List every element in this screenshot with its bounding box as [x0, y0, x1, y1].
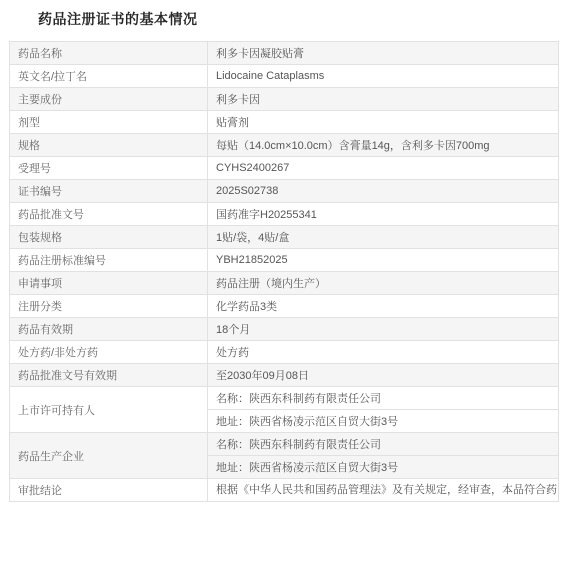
row-registration-standard-number: 药品注册标准编号 YBH21852025: [10, 249, 559, 272]
drug-registration-page: 药品注册证书的基本情况 药品名称 利多卡因凝胶贴膏 英文名/拉丁名 Lidoca…: [0, 0, 570, 563]
row-application-item: 申请事项 药品注册（境内生产）: [10, 272, 559, 295]
row-label: 剂型: [10, 111, 208, 134]
row-value: 利多卡因凝胶贴膏: [208, 42, 559, 65]
row-label: 药品生产企业: [10, 433, 208, 479]
row-drug-name: 药品名称 利多卡因凝胶贴膏: [10, 42, 559, 65]
row-value-name: 名称：陕西东科制药有限责任公司: [208, 387, 559, 410]
row-marketing-authorization-holder: 上市许可持有人 名称：陕西东科制药有限责任公司: [10, 387, 559, 410]
row-prescription-type: 处方药/非处方药 处方药: [10, 341, 559, 364]
row-approval-number: 药品批准文号 国药准字H20255341: [10, 203, 559, 226]
row-acceptance-number: 受理号 CYHS2400267: [10, 157, 559, 180]
page-title: 药品注册证书的基本情况: [0, 0, 570, 29]
row-label: 包装规格: [10, 226, 208, 249]
row-label: 药品注册标准编号: [10, 249, 208, 272]
row-specification: 规格 每贴（14.0cm×10.0cm）含膏量14g，含利多卡因700mg: [10, 134, 559, 157]
row-main-ingredient: 主要成份 利多卡因: [10, 88, 559, 111]
row-label: 药品名称: [10, 42, 208, 65]
row-value-address: 地址：陕西省杨凌示范区自贸大街3号: [208, 410, 559, 433]
row-approval-conclusion: 审批结论 根据《中华人民共和国药品管理法》及有关规定，经审查，本品符合药品注册的…: [10, 479, 559, 502]
row-label: 英文名/拉丁名: [10, 65, 208, 88]
row-value: 处方药: [208, 341, 559, 364]
row-manufacturer: 药品生产企业 名称：陕西东科制药有限责任公司: [10, 433, 559, 456]
row-value-address: 地址：陕西省杨凌示范区自贸大街3号: [208, 456, 559, 479]
row-value: 国药准字H20255341: [208, 203, 559, 226]
row-value: 根据《中华人民共和国药品管理法》及有关规定，经审查，本品符合药品注册的有关要求，…: [208, 479, 559, 502]
row-value-name: 名称：陕西东科制药有限责任公司: [208, 433, 559, 456]
row-label: 证书编号: [10, 180, 208, 203]
row-label: 上市许可持有人: [10, 387, 208, 433]
row-value: 18个月: [208, 318, 559, 341]
row-drug-validity-period: 药品有效期 18个月: [10, 318, 559, 341]
row-value: 2025S02738: [208, 180, 559, 203]
row-dosage-form: 剂型 贴膏剂: [10, 111, 559, 134]
row-value: 至2030年09月08日: [208, 364, 559, 387]
row-label: 处方药/非处方药: [10, 341, 208, 364]
row-label: 受理号: [10, 157, 208, 180]
row-certificate-number: 证书编号 2025S02738: [10, 180, 559, 203]
row-label: 药品有效期: [10, 318, 208, 341]
row-value: CYHS2400267: [208, 157, 559, 180]
row-package-specification: 包装规格 1贴/袋，4贴/盒: [10, 226, 559, 249]
row-value: 利多卡因: [208, 88, 559, 111]
row-label: 药品批准文号有效期: [10, 364, 208, 387]
row-value: 1贴/袋，4贴/盒: [208, 226, 559, 249]
row-value: YBH21852025: [208, 249, 559, 272]
row-label: 规格: [10, 134, 208, 157]
drug-registration-table: 药品名称 利多卡因凝胶贴膏 英文名/拉丁名 Lidocaine Cataplas…: [9, 41, 559, 502]
row-approval-number-validity: 药品批准文号有效期 至2030年09月08日: [10, 364, 559, 387]
row-label: 主要成份: [10, 88, 208, 111]
row-label: 申请事项: [10, 272, 208, 295]
row-value: 化学药品3类: [208, 295, 559, 318]
row-value: 每贴（14.0cm×10.0cm）含膏量14g，含利多卡因700mg: [208, 134, 559, 157]
row-label: 注册分类: [10, 295, 208, 318]
row-label: 审批结论: [10, 479, 208, 502]
row-value: 贴膏剂: [208, 111, 559, 134]
row-value: 药品注册（境内生产）: [208, 272, 559, 295]
row-english-name: 英文名/拉丁名 Lidocaine Cataplasms: [10, 65, 559, 88]
row-label: 药品批准文号: [10, 203, 208, 226]
row-registration-category: 注册分类 化学药品3类: [10, 295, 559, 318]
row-value: Lidocaine Cataplasms: [208, 65, 559, 88]
